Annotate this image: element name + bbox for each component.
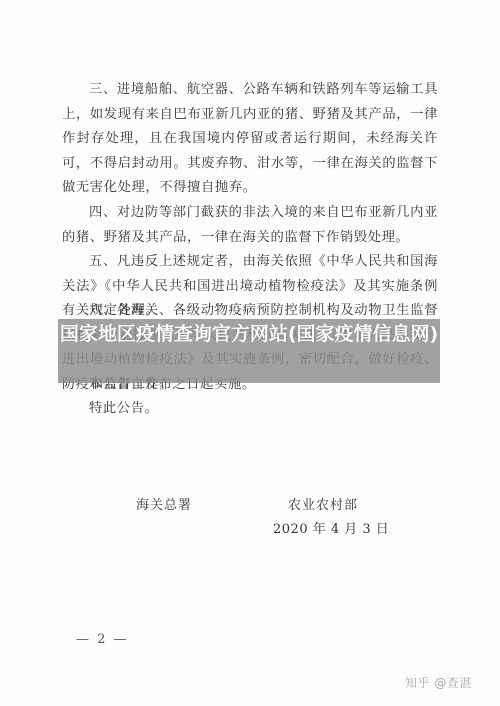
signature-date: 2020 年 4 月 3 日: [273, 518, 389, 537]
signature-customs: 海关总署: [136, 494, 192, 513]
signature-agriculture: 农业农村部: [288, 494, 358, 513]
paragraph-3: 三、进境船舶、航空器、公路车辆和铁路列车等运输工具上，如发现有来自巴布亚新几内亚…: [62, 78, 438, 201]
overlay-title: 国家地区疫情查询官方网站(国家疫情信息网): [58, 320, 440, 349]
paragraph-4: 四、对边防等部门截获的非法入境的来自巴布亚新几内亚的猪、野猪及其产品，一律在海关…: [62, 201, 438, 250]
page-number: — 2 —: [76, 632, 129, 647]
paragraph-closing: 特此公告。: [62, 397, 438, 422]
watermark: 知乎 @查湛: [405, 674, 472, 691]
